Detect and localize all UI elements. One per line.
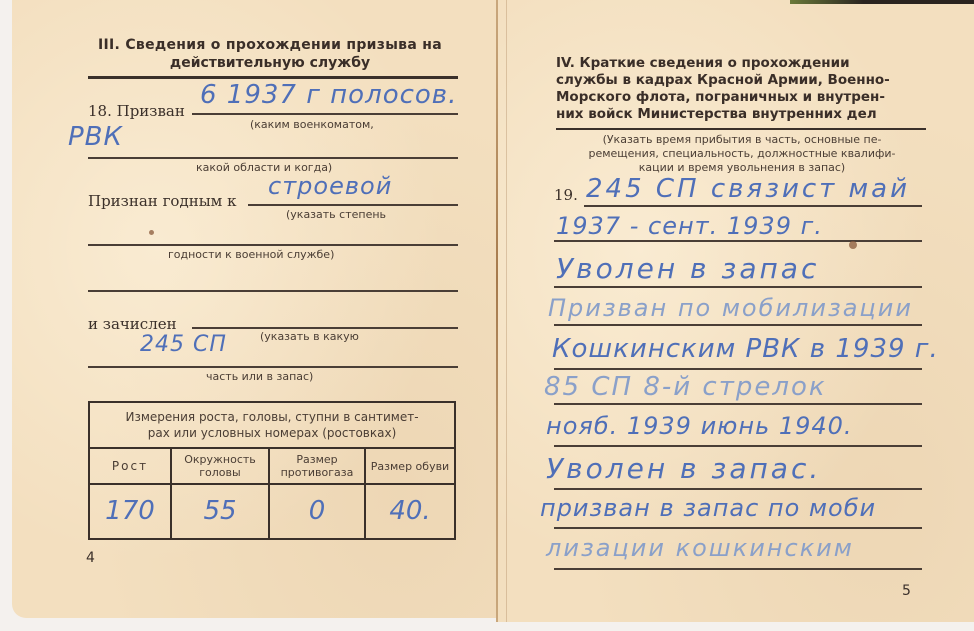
entry-line-2: 1937 - сент. 1939 г.	[556, 212, 823, 240]
scan-edge-shadow	[790, 0, 974, 4]
right-line-7	[554, 445, 922, 447]
entry-line-10: лизации кошкинским	[546, 534, 854, 562]
caption-line-2: рах или условных номерах (ростовках)	[90, 425, 454, 441]
section-iv-title-line4: них войск Министерства внутренних дел	[556, 106, 928, 123]
header-head-circumference: Окружность головы	[172, 449, 270, 483]
booklet-spread: III. Сведения о прохождении призыва на д…	[0, 0, 974, 631]
entry-line-6: 85 СП 8-й стрелок	[544, 372, 827, 402]
field-18-line-2	[88, 157, 458, 159]
measurements-table: Измерения роста, головы, ступни в сантим…	[88, 401, 456, 540]
measurements-caption: Измерения роста, головы, ступни в сантим…	[90, 403, 454, 449]
enlisted-line-2	[88, 366, 458, 368]
right-line-6	[554, 403, 922, 405]
blank-line	[88, 290, 458, 292]
right-line-4	[554, 324, 922, 326]
enlisted-label: и зачислен	[88, 315, 177, 333]
right-line-5	[554, 368, 922, 370]
value-gas-mask-size: 0	[270, 485, 366, 538]
field-18-line-1	[192, 113, 458, 115]
ink-spot	[149, 230, 154, 235]
entry-line-3: Уволен в запас	[556, 252, 819, 285]
right-line-8	[554, 488, 922, 490]
section-iv-title: IV. Краткие сведения о прохождении служб…	[556, 55, 928, 123]
field-18-hint-1: (каким военкоматом,	[250, 118, 374, 131]
right-line-1	[584, 205, 922, 207]
entry-line-1: 245 СП связист май	[586, 174, 910, 204]
section-iii-title-line2: действительную службу	[70, 54, 470, 72]
value-shoe-size: 40.	[366, 485, 454, 538]
section-iv-title-line1: IV. Краткие сведения о прохождении	[556, 55, 928, 72]
measurements-values-row: 170 55 0 40.	[90, 485, 454, 538]
section-iii-title-line1: III. Сведения о прохождении призыва на	[70, 36, 470, 54]
instruction-line1: (Указать время прибытия в часть, основны…	[556, 133, 928, 147]
title-underline	[88, 76, 458, 79]
fitness-hint-1: (указать степень	[286, 208, 386, 221]
entry-line-5: Кошкинским РВК в 1939 г.	[552, 334, 939, 364]
page-number-right: 5	[902, 583, 911, 599]
field-19-label: 19.	[554, 186, 578, 204]
enlisted-handwritten: 245 СП	[140, 332, 227, 357]
value-height: 170	[90, 485, 172, 538]
fitness-label: Признан годным к	[88, 192, 236, 210]
right-line-10	[554, 568, 922, 570]
field-18-handwritten-2: РВК	[68, 122, 123, 152]
book-spine-shadow	[506, 0, 507, 622]
instruction-line3: кации и время увольнения в запас)	[556, 161, 928, 175]
right-line-9	[554, 527, 922, 529]
section-iii-title: III. Сведения о прохождении призыва на д…	[70, 36, 470, 72]
entry-line-4: Призван по мобилизации	[548, 294, 913, 322]
field-18-handwritten-1: 6 1937 г полосов.	[200, 80, 457, 110]
entry-line-9: призван в запас по моби	[540, 494, 876, 522]
caption-line-1: Измерения роста, головы, ступни в сантим…	[90, 409, 454, 425]
enlisted-hint-2: часть или в запас)	[206, 370, 313, 383]
entry-line-8: Уволен в запас.	[546, 452, 821, 485]
section-iv-underline	[556, 128, 926, 130]
right-line-3	[554, 286, 922, 288]
fitness-handwritten: строевой	[268, 172, 392, 200]
ink-spot-right	[849, 241, 857, 249]
section-iv-title-line3: Морского флота, пограничных и внутрен-	[556, 89, 928, 106]
right-line-2	[554, 240, 922, 242]
book-spine	[496, 0, 498, 622]
section-iv-title-line2: службы в кадрах Красной Армии, Военно-	[556, 72, 928, 89]
header-gas-mask-size: Размер противогаза	[270, 449, 366, 483]
fitness-line-1	[248, 204, 458, 206]
instruction-line2: ремещения, специальность, должностные кв…	[556, 147, 928, 161]
entry-line-7: нояб. 1939 июнь 1940.	[546, 412, 853, 440]
section-iv-instruction: (Указать время прибытия в часть, основны…	[556, 133, 928, 175]
fitness-line-2	[88, 244, 458, 246]
value-head-circumference: 55	[172, 485, 270, 538]
measurements-header-row: Рост Окружность головы Размер противогаз…	[90, 449, 454, 485]
page-number-left: 4	[86, 550, 95, 566]
enlisted-line-1	[192, 327, 458, 329]
enlisted-hint-1: (указать в какую	[260, 330, 359, 343]
header-height: Рост	[90, 449, 172, 483]
header-shoe-size: Размер обуви	[366, 449, 454, 483]
field-18-label: 18. Призван	[88, 102, 185, 120]
fitness-hint-2: годности к военной службе)	[168, 248, 334, 261]
